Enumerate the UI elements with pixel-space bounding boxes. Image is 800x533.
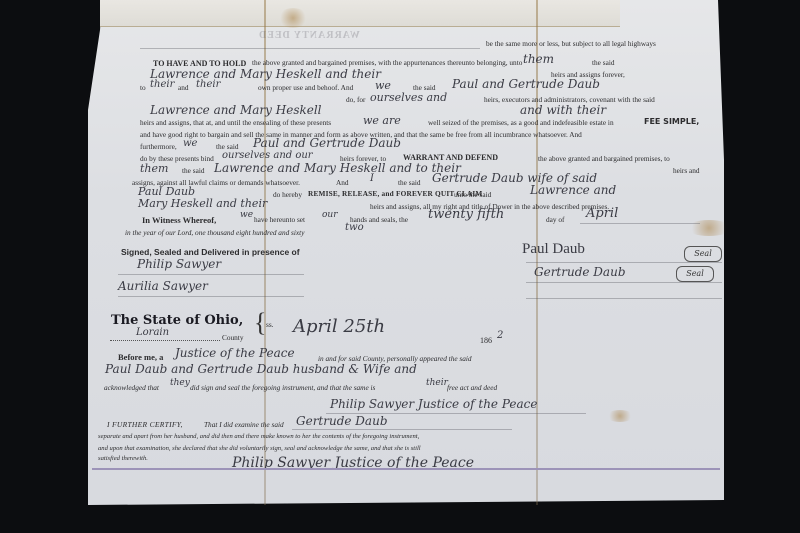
brace: { [254, 310, 266, 336]
signature-line [118, 274, 304, 275]
fill-line [292, 429, 512, 430]
handwritten-entry: ourselves and our [222, 151, 313, 161]
grantor-signature: Paul Daub [522, 242, 585, 257]
handwritten-entry: their [150, 80, 174, 90]
print-text: do hereby [273, 191, 302, 198]
print-text: heirs and assigns, that at, and until th… [140, 119, 331, 126]
handwritten-entry: Lawrence and Mary Heskell and to their [214, 162, 461, 174]
signature-line [526, 298, 722, 299]
grantor-signature: Gertrude Daub [534, 266, 626, 278]
handwritten-entry: they [170, 379, 190, 388]
handwritten-day: twenty fifth [428, 208, 504, 221]
fill-line [140, 48, 480, 49]
print-text: acknowledged that [104, 384, 159, 391]
handwritten-entry: and with their [520, 104, 606, 116]
handwritten-officer: Justice of the Peace [175, 347, 295, 359]
handwritten-entry: we [240, 211, 253, 220]
print-text: That I did examine the said [204, 421, 284, 428]
handwritten-entry: we [375, 80, 391, 91]
handwritten-entry: their [196, 80, 220, 90]
handwritten-entry: I [370, 174, 374, 184]
state-of-ohio-heading: The State of Ohio, [111, 313, 243, 328]
signature-line [118, 296, 304, 297]
handwritten-entry: we are [363, 115, 401, 126]
handwritten-county: Lorain [136, 328, 169, 338]
handwritten-year: 2 [497, 331, 503, 341]
print-text: unto the said [454, 191, 491, 198]
print-text: and upon that examination, she declared … [98, 446, 421, 453]
handwritten-entry: our [322, 211, 338, 220]
signature-line [526, 282, 722, 283]
print-text: the said [182, 167, 205, 174]
print-text: do, for [346, 96, 365, 103]
handwritten-covenantees: Lawrence and Mary Heskell [150, 104, 322, 116]
justice-signature: Philip Sawyer Justice of the Peace [330, 398, 537, 410]
handwritten-entry: them [523, 53, 554, 65]
seal-box: Seal [676, 266, 714, 282]
in-witness-whereof-heading: In Witness Whereof, [142, 216, 216, 225]
handwritten-year: two [345, 223, 364, 233]
print-text: ss. [266, 321, 274, 328]
deed-photo: WARRANTY DEED be the same more or less, … [0, 0, 800, 533]
print-text: the said [592, 59, 615, 66]
signature-line [526, 262, 722, 263]
further-certify-heading: I FURTHER CERTIFY, [107, 421, 183, 429]
handwritten-entry: Paul and Gertrude Daub [253, 137, 401, 149]
handwritten-parties: Paul Daub and Gertrude Daub husband & Wi… [105, 363, 417, 375]
print-text: have hereunto set [254, 216, 305, 223]
handwritten-entry: ourselves and [370, 92, 447, 103]
fill-line [110, 340, 220, 342]
print-text: heirs and [673, 167, 700, 174]
folded-top-flap [100, 0, 620, 27]
print-text: own proper use and behoof. And [258, 84, 353, 91]
handwritten-month: April [586, 207, 618, 220]
print-text: Before me, a [118, 353, 163, 362]
print-text: the said [398, 179, 421, 186]
fill-line [580, 223, 700, 224]
print-text: well seized of the premises, as a good a… [428, 119, 614, 126]
witness-signature: Philip Sawyer [137, 258, 221, 270]
print-text: free act and deed [447, 384, 497, 391]
handwritten-entry: Gertrude Daub [296, 415, 388, 427]
water-stain [606, 410, 634, 422]
handwritten-entry: their [426, 379, 448, 388]
print-text: in the year of our Lord, one thousand ei… [125, 229, 304, 236]
print-text: and [178, 84, 189, 91]
seal-box: Seal [684, 246, 722, 262]
print-text: 186 [480, 337, 492, 345]
handwritten-date: April 25th [293, 318, 385, 336]
purple-ruled-line [92, 468, 720, 470]
handwritten-entry: we [183, 139, 197, 149]
print-text: County [222, 334, 244, 341]
handwritten-grantors: Paul and Gertrude Daub [452, 78, 600, 90]
print-text: the above granted and bargained premises… [252, 59, 522, 66]
print-text: be the same more or less, but subject to… [486, 40, 656, 47]
print-text: separate and apart from her husband, and… [98, 434, 419, 441]
bleed-through-title: WARRANTY DEED [258, 30, 360, 41]
print-text: the above granted and bargained premises… [538, 155, 670, 162]
water-stain [278, 8, 308, 28]
handwritten-entry: them [140, 163, 168, 174]
handwritten-entry: Mary Heskell and their [138, 198, 267, 209]
print-text: satisfied therewith. [98, 456, 148, 463]
print-text: furthermore, [140, 143, 177, 150]
handwritten-entry: Paul Daub [138, 186, 195, 197]
fee-simple-label: FEE SIMPLE, [644, 118, 699, 126]
print-text: And [336, 179, 349, 186]
handwritten-grantees: Lawrence and Mary Heskell and their [150, 68, 381, 80]
print-text: day of [546, 216, 564, 223]
handwritten-entry: Lawrence and [530, 184, 616, 196]
print-text: did sign and seal the foregoing instrume… [190, 384, 375, 391]
witness-signature: Aurilia Sawyer [118, 280, 208, 292]
print-text: to [140, 84, 146, 91]
signed-sealed-heading: Signed, Sealed and Delivered in presence… [121, 248, 300, 257]
